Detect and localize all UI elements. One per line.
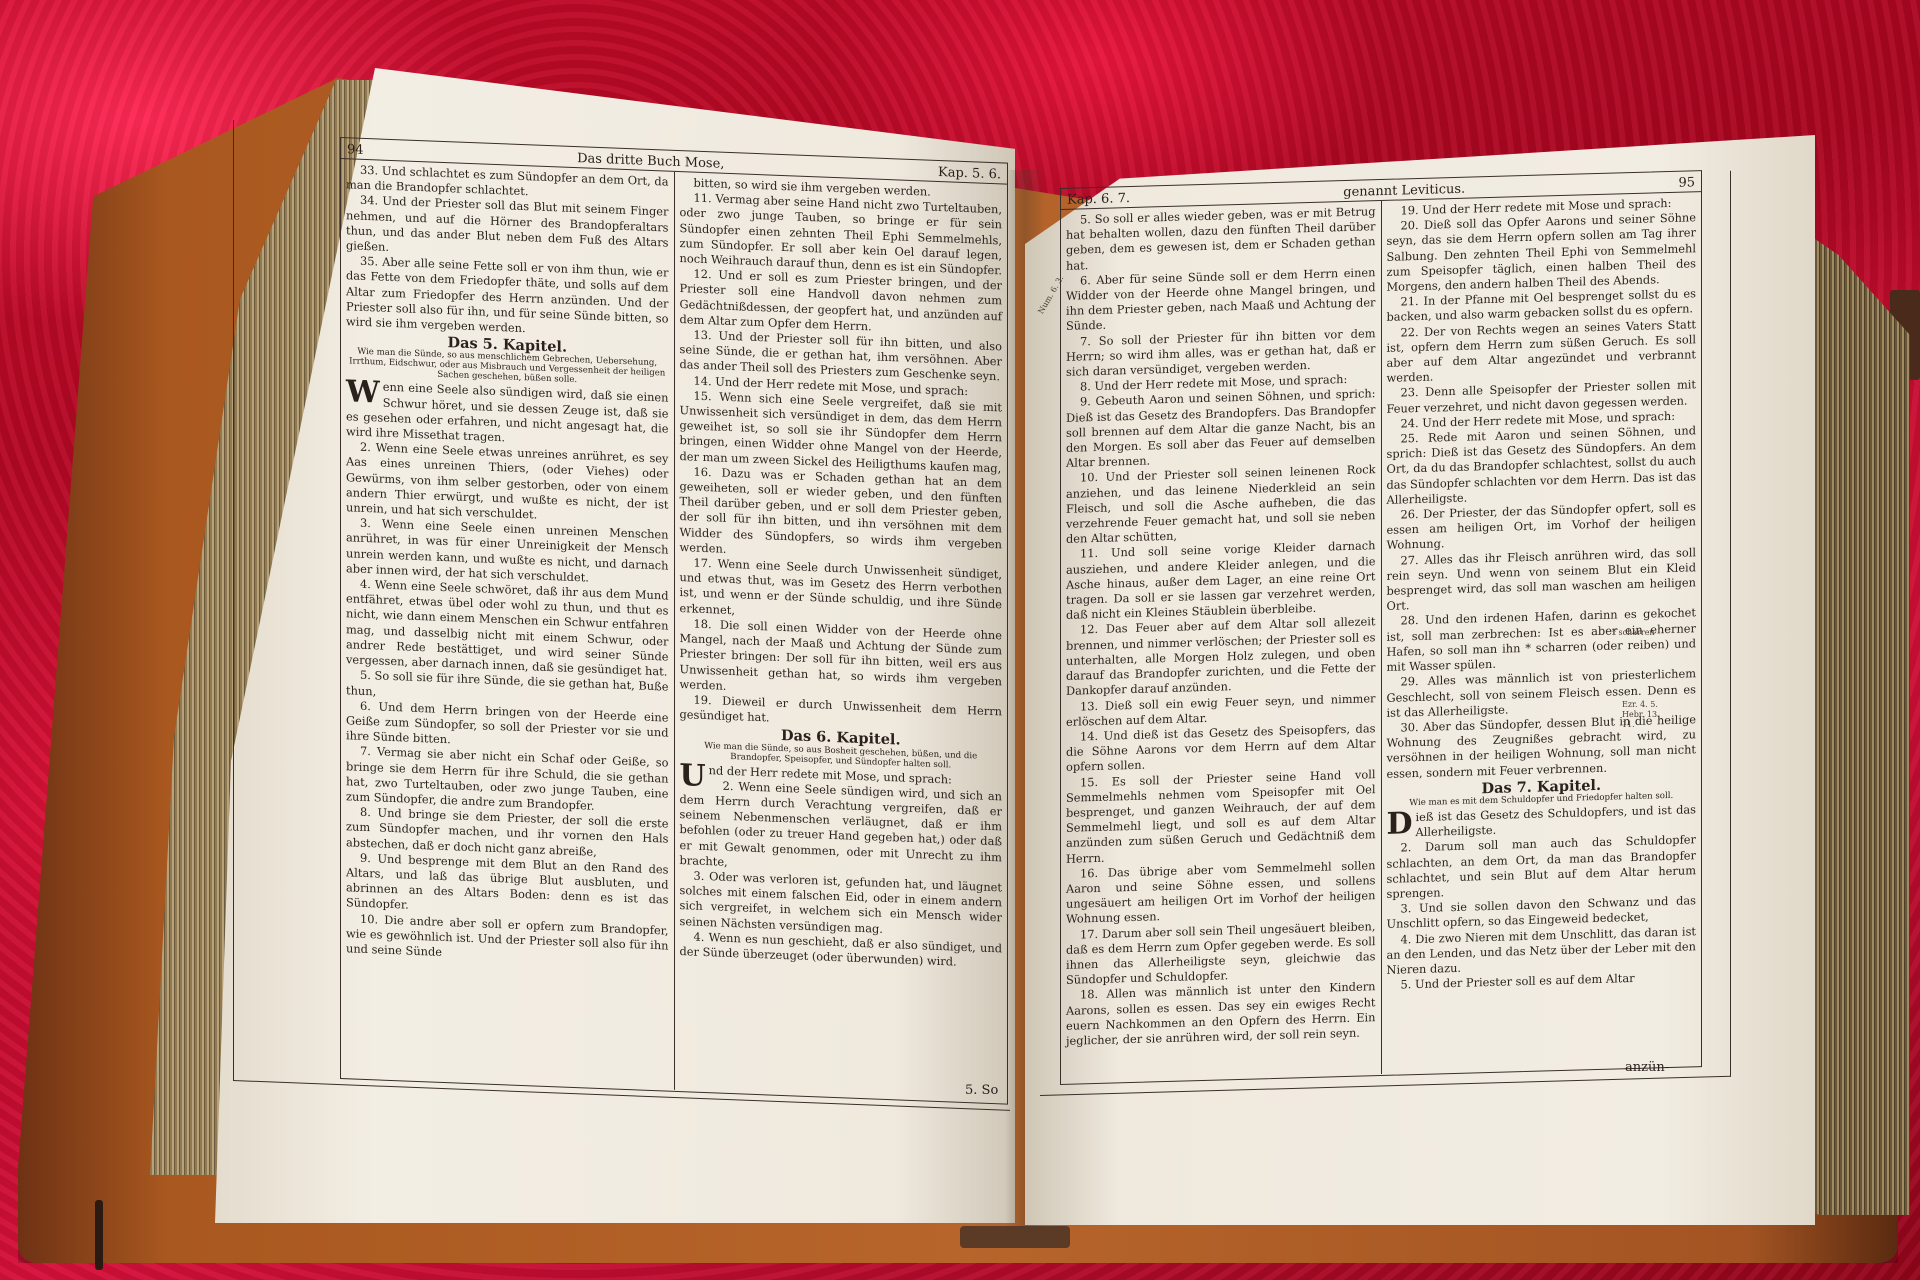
verse: 17. Darum aber soll sein Theil ungesäuer… [1066,919,1376,988]
chapter-reference: Kap. 6. 7. [1067,191,1130,208]
clasp-left-bottom [95,1200,103,1270]
verse: 18. Die soll einen Widder von der Heerde… [680,616,1003,704]
verse: 18. Allen was männlich ist unter den Kin… [1066,980,1376,1049]
verse: 25. Rede mit Aaron und seinen Söhnen, un… [1387,423,1697,508]
left-page-column-2: bitten, so wird sie ihm vergeben werden.… [674,172,1008,1103]
verse: 2. Wenn eine Seele sündigen wird, und si… [680,777,1003,881]
verse: 22. Der von Rechts wegen an seines Vater… [1387,317,1697,386]
verse: 16. Das übrige aber vom Semmelmehl solle… [1066,858,1376,927]
left-page-text-frame: 94 Das dritte Buch Mose, Kap. 5. 6. 33. … [340,137,1008,1105]
verse: 4. Wenn eine Seele schwöret, daß ihr aus… [346,576,669,680]
verse: 35. Aber alle seine Fette soll er von ih… [346,253,669,341]
right-page-column-1: 5. So soll er alles wieder geben, was er… [1061,201,1381,1083]
verse: 5. So soll er alles wieder geben, was er… [1066,204,1376,273]
first-verse: enn eine Seele also sündigen wird, daß s… [346,380,669,444]
catchword: anzün- [1625,1060,1669,1075]
verse: 27. Alles das ihr Fleisch anrühren wird,… [1387,545,1697,614]
verse: 15. Wenn sich eine Seele vergreifet, daß… [680,388,1003,476]
drop-cap: W [346,379,380,408]
page-number: 95 [1678,175,1695,190]
left-page-column-1: 33. Und schlachtet es zum Sündopfer an d… [341,159,674,1090]
verse: 12. Das Feuer aber auf dem Altar soll al… [1066,615,1376,700]
verse: 20. Dieß soll das Opfer Aarons und seine… [1387,210,1697,295]
margin-note-cross-reference: Ezr. 4. 5. Hebr. 13. 11. [1622,700,1662,730]
verse: 10. Und der Priester soll seinen leinene… [1066,463,1376,548]
catchword: 5. So [965,1083,998,1098]
page-number: 94 [347,142,364,158]
verse: 28. Und den irdenen Hafen, darinn es gek… [1387,606,1697,675]
verse: 9. Gebeuth Aaron und seinen Söhnen, und … [1066,387,1376,472]
verse: 15. Es soll der Priester seine Hand voll… [1066,767,1376,867]
chapter-reference: Kap. 5. 6. [938,165,1001,182]
verse: 6. Aber für seine Sünde soll er dem Herr… [1066,265,1376,334]
verse: 11. Vermag aber seine Hand nicht zwo Tur… [680,190,1003,278]
running-title: genannt Leviticus. [1343,182,1465,200]
verse: 16. Dazu was er Schaden gethan hat an de… [680,464,1003,568]
drop-cap: U [680,762,706,791]
verse: 2. Darum soll man auch das Schuldopfer s… [1387,833,1697,902]
verse: 11. Und soll seine vorige Kleider darnac… [1066,539,1376,624]
margin-note-footnote: * scharren [1612,628,1655,638]
right-page-text-frame: Kap. 6. 7. genannt Leviticus. 95 5. So s… [1060,170,1702,1085]
drop-cap: D [1387,810,1413,839]
verse: 2. Wenn eine Seele etwas unreines anrühr… [346,439,669,527]
